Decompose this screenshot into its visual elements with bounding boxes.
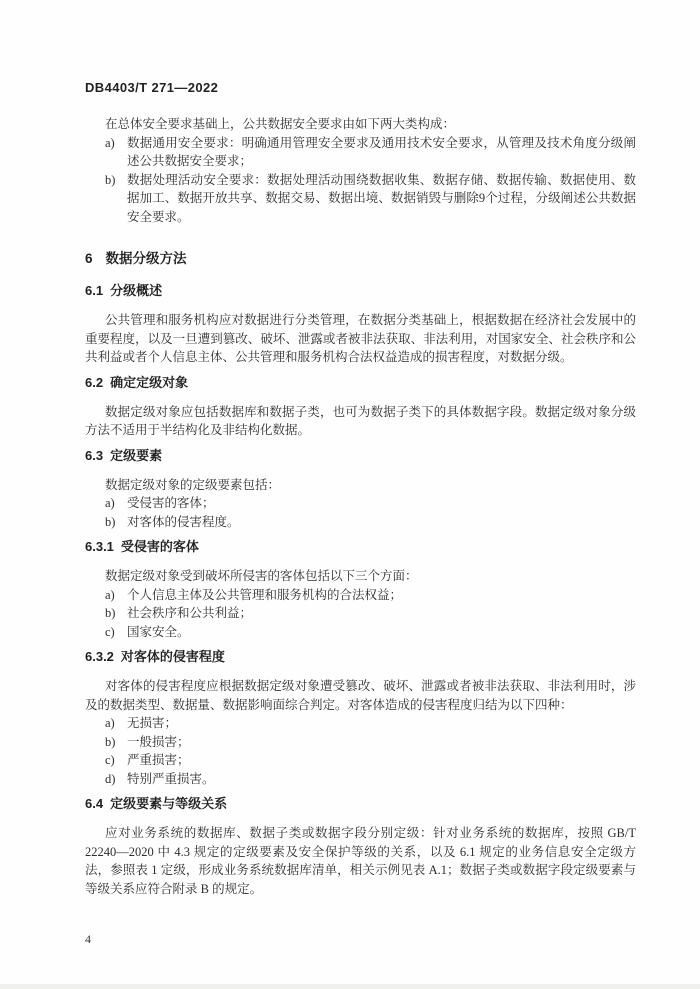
paragraph: 数据定级对象受到破坏所侵害的客体包括以下三个方面： bbox=[85, 567, 636, 586]
document-code: DB4403/T 271—2022 bbox=[85, 80, 636, 96]
paragraph: 数据定级对象应包括数据库和数据子类，也可为数据子类下的具体数据字段。数据定级对象… bbox=[85, 403, 636, 440]
section-title: 定级要素与等级关系 bbox=[110, 796, 227, 811]
section-heading-6-4: 6.4定级要素与等级关系 bbox=[85, 795, 636, 813]
section-title: 定级要素 bbox=[110, 448, 162, 463]
list-item-text: 严重损害； bbox=[127, 753, 190, 767]
section-heading-6-3-2: 6.3.2对客体的侵害程度 bbox=[85, 648, 636, 666]
section-title: 受侵害的客体 bbox=[121, 539, 199, 554]
list-marker: a) bbox=[105, 494, 115, 513]
list-item: b) 一般损害； bbox=[85, 733, 636, 752]
section-title: 确定定级对象 bbox=[110, 375, 188, 390]
list-item: c) 严重损害； bbox=[85, 751, 636, 770]
section-number: 6.4 bbox=[85, 796, 103, 811]
list-item: a) 个人信息主体及公共管理和服务机构的合法权益； bbox=[85, 586, 636, 605]
paragraph: 应对业务系统的数据库、数据子类或数据字段分别定级：针对业务系统的数据库，按照 G… bbox=[85, 824, 636, 898]
section-title: 数据分级方法 bbox=[106, 251, 187, 266]
section-number: 6.1 bbox=[85, 283, 103, 298]
list-item-text: 社会秩序和公共利益； bbox=[127, 606, 252, 620]
section-number: 6.3.2 bbox=[85, 649, 114, 664]
list-item-text: 特别严重损害。 bbox=[127, 772, 215, 786]
list-marker: a) bbox=[105, 586, 115, 605]
list-item: c) 国家安全。 bbox=[85, 623, 636, 642]
list-marker: b) bbox=[105, 604, 115, 623]
list-item: d) 特别严重损害。 bbox=[85, 770, 636, 789]
list-item: a) 受侵害的客体； bbox=[85, 494, 636, 513]
section-number: 6.3 bbox=[85, 448, 103, 463]
section-heading-6: 6数据分级方法 bbox=[85, 249, 636, 269]
list-item: b) 数据处理活动安全要求：数据处理活动围绕数据收集、数据存储、数据传输、数据使… bbox=[85, 171, 636, 227]
page-number: 4 bbox=[85, 930, 636, 949]
list-marker: a) bbox=[105, 134, 115, 153]
section-number: 6 bbox=[85, 251, 93, 266]
section-heading-6-2: 6.2确定定级对象 bbox=[85, 374, 636, 392]
list-item-text: 数据通用安全要求：明确通用管理安全要求及通用技术安全要求，从管理及技术角度分级阐… bbox=[127, 136, 636, 169]
list-item-text: 国家安全。 bbox=[127, 625, 190, 639]
list-marker: a) bbox=[105, 714, 115, 733]
list-item-text: 无损害； bbox=[127, 716, 177, 730]
list-marker: b) bbox=[105, 733, 115, 752]
list-marker: c) bbox=[105, 751, 115, 770]
list-item-text: 受侵害的客体； bbox=[127, 496, 215, 510]
intro-paragraph: 在总体安全要求基础上，公共数据安全要求由如下两大类构成： bbox=[85, 115, 636, 134]
list-item-text: 数据处理活动安全要求：数据处理活动围绕数据收集、数据存储、数据传输、数据使用、数… bbox=[127, 173, 636, 224]
section-title: 对客体的侵害程度 bbox=[121, 649, 225, 664]
list-marker: b) bbox=[105, 171, 115, 190]
list-item: a) 无损害； bbox=[85, 714, 636, 733]
list-item: b) 对客体的侵害程度。 bbox=[85, 513, 636, 532]
section-title: 分级概述 bbox=[110, 283, 162, 298]
section-number: 6.3.1 bbox=[85, 539, 114, 554]
list-item-text: 一般损害； bbox=[127, 735, 190, 749]
list-item: b) 社会秩序和公共利益； bbox=[85, 604, 636, 623]
list-marker: d) bbox=[105, 770, 115, 789]
section-heading-6-3-1: 6.3.1受侵害的客体 bbox=[85, 538, 636, 556]
section-heading-6-3: 6.3定级要素 bbox=[85, 447, 636, 465]
list-item-text: 个人信息主体及公共管理和服务机构的合法权益； bbox=[127, 588, 402, 602]
paragraph: 数据定级对象的定级要素包括： bbox=[85, 476, 636, 495]
paragraph: 对客体的侵害程度应根据数据定级对象遭受篡改、破坏、泄露或者被非法获取、非法利用时… bbox=[85, 677, 636, 714]
paragraph: 公共管理和服务机构应对数据进行分类管理，在数据分类基础上，根据数据在经济社会发展… bbox=[85, 311, 636, 367]
section-number: 6.2 bbox=[85, 375, 103, 390]
section-heading-6-1: 6.1分级概述 bbox=[85, 282, 636, 300]
page-edge-shadow bbox=[0, 984, 700, 989]
list-item: a) 数据通用安全要求：明确通用管理安全要求及通用技术安全要求，从管理及技术角度… bbox=[85, 134, 636, 171]
list-item-text: 对客体的侵害程度。 bbox=[127, 515, 240, 529]
list-marker: c) bbox=[105, 623, 115, 642]
document-page: DB4403/T 271—2022 在总体安全要求基础上，公共数据安全要求由如下… bbox=[0, 0, 700, 989]
list-marker: b) bbox=[105, 513, 115, 532]
